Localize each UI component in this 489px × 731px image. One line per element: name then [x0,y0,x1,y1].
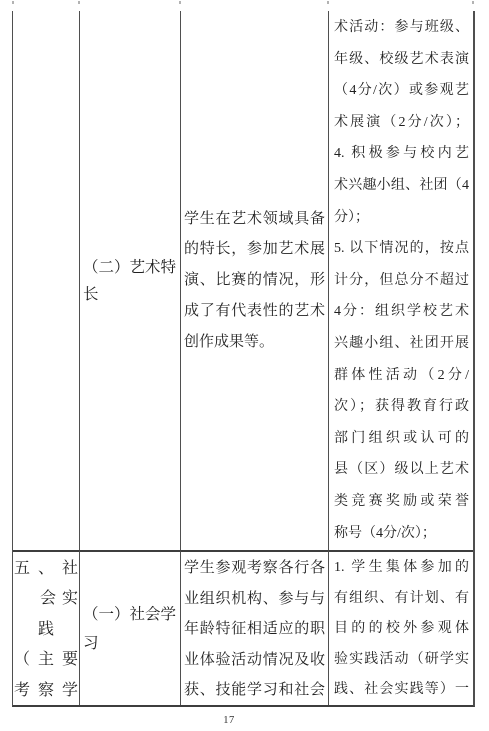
cell-category-social-practice: 五、社会实践（主要考察学 [13,550,79,705]
text-line: 五、社 [14,554,78,584]
text-line: 4分：组织学校艺术 [334,296,469,328]
text-line: （4分/次）或参观艺 [334,75,469,107]
text-line: 考察学 [14,676,78,705]
text-line: 目的的校外参观体 [334,614,469,645]
text-line: 践 [14,615,78,645]
text-line: 年级、校级艺术表演 [334,44,469,76]
text-line: 获、技能学习和社会 [184,675,325,705]
text-line: 部门组织或认可的 [334,423,469,455]
text-line: 验实践活动（研学实 [334,645,469,676]
text-line: 学生参观考察各行各 [184,553,325,584]
page-number: 17 [0,715,458,726]
text-line: 次）；获得教育行政 [334,391,469,423]
cell-criteria-social-learning: 1. 学生集体参加的有组织、有计划、有目的的校外参观体验实践活动（研学实践、社会… [328,550,473,705]
text-line: 有组织、有计划、有 [334,584,469,615]
text-line: 会实 [14,584,78,614]
page-break-tick [472,1,474,4]
page-break-tick [12,1,14,4]
text-line: 成了有代表性的艺术 [184,296,325,327]
text-line: 习 [83,629,178,658]
text-line: 5. 以下情况的，按点 [334,233,469,265]
evaluation-table: （二）艺术特长 学生在艺术领域具备的特长，参加艺术展演、比赛的情况，形成了有代表… [12,11,475,707]
text-line: 年龄特征相适应的职 [184,614,325,645]
text-line: 术展演（2分/次）； [334,107,469,139]
page-break-tick [327,1,329,4]
text-line: 群体性活动（2分/ [334,360,469,392]
text-line: 长 [83,281,178,308]
page-break-tick [179,1,181,4]
page-break-tick [78,1,80,4]
document-page: （二）艺术特长 学生在艺术领域具备的特长，参加艺术展演、比赛的情况，形成了有代表… [0,0,489,731]
text-line: 县（区）级以上艺术 [334,454,469,486]
text-line: 创作成果等。 [184,327,325,358]
text-line: 学生在艺术领域具备 [184,204,325,235]
text-line: 术活动：参与班级、 [334,12,469,44]
text-line: （一）社会学 [83,600,178,629]
text-line: 业组织机构、参与与 [184,584,325,615]
text-line: 1. 学生集体参加的 [334,553,469,584]
cell-category-art [13,11,79,550]
text-line: 称号（4分/次）； [334,518,469,550]
text-line: 业体验活动情况及收 [184,645,325,676]
text-line: （主要 [14,645,78,675]
cell-description-social-learning: 学生参观考察各行各业组织机构、参与与年龄特征相适应的职业体验活动情况及收获、技能… [180,550,328,705]
text-line: 演、比赛的情况，形 [184,265,325,296]
text-line: 践、社会实践等）一 [334,675,469,705]
text-line: 术兴趣小组、社团（4 [334,170,469,202]
cell-description-art-specialty: 学生在艺术领域具备的特长，参加艺术展演、比赛的情况，形成了有代表性的艺术创作成果… [180,11,328,550]
cell-indicator-art-specialty: （二）艺术特长 [79,11,180,550]
text-line: 兴趣小组、社团开展 [334,328,469,360]
text-line: （二）艺术特 [83,254,178,281]
cell-criteria-art-specialty: 术活动：参与班级、年级、校级艺术表演（4分/次）或参观艺术展演（2分/次）；4.… [328,11,473,550]
text-line: 分）； [334,202,469,234]
text-line: 类竞赛奖励或荣誉 [334,486,469,518]
cell-indicator-social-learning: （一）社会学习 [79,550,180,705]
text-line: 计分，但总分不超过 [334,265,469,297]
text-line: 的特长，参加艺术展 [184,234,325,265]
text-line: 4. 积极参与校内艺 [334,138,469,170]
